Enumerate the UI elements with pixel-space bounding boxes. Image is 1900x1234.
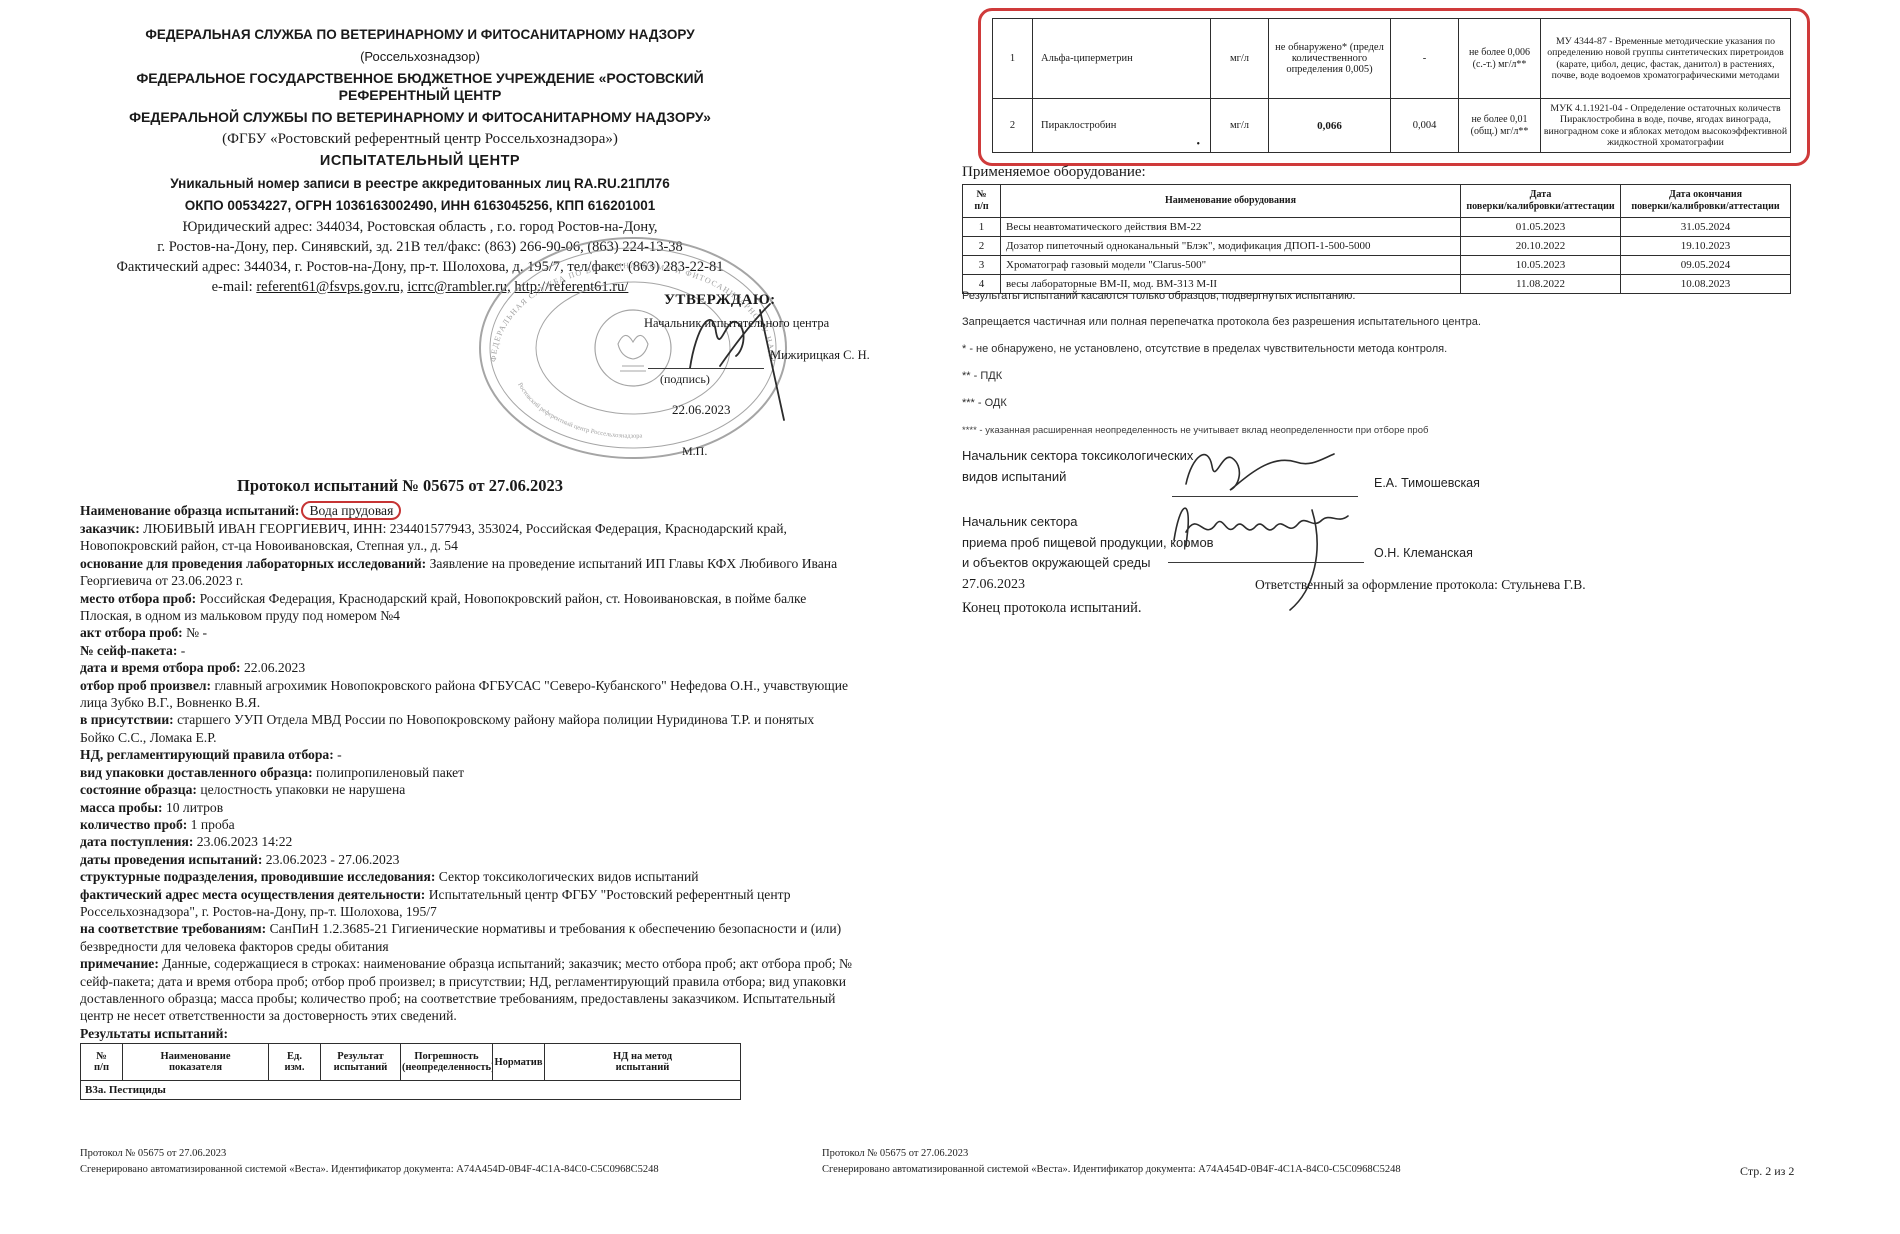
col-result: Результат испытаний — [321, 1044, 401, 1081]
sig1-name: Е.А. Тимошевская — [1374, 476, 1480, 490]
field-customer: заказчик: ЛЮБИВЫЙ ИВАН ГЕОРГИЕВИЧ, ИНН: … — [80, 520, 852, 555]
table-row: 3Хроматограф газовый модели "Clarus-500"… — [963, 256, 1791, 275]
table-row: 1Весы неавтоматического действия ВМ-2201… — [963, 218, 1791, 237]
sig1-position: Начальник сектора токсикологических видо… — [962, 446, 1193, 487]
note-asterisk4: **** - указанная расширенная неопределен… — [962, 425, 1428, 436]
page-number: Стр. 2 из 2 — [1740, 1164, 1794, 1179]
field-sample-name: Наименование образца испытаний:Вода пруд… — [80, 501, 852, 520]
table-row: 1 Альфа-циперметрин мг/л не обнаружено* … — [993, 19, 1791, 99]
org-service-short: (Россельхознадзор) — [88, 48, 752, 65]
note-asterisk3: *** - ОДК — [962, 397, 1007, 409]
svg-text:Ростовский референтный центр Р: Ростовский референтный центр Россельхозн… — [516, 382, 642, 440]
podpis-caption: (подпись) — [660, 372, 710, 387]
field-sample-count: количество проб: 1 проба — [80, 816, 852, 833]
mp-caption: М.П. — [682, 444, 707, 459]
field-sampling-place: место отбора проб: Российская Федерация,… — [80, 590, 852, 625]
dot-mark: • — [1196, 139, 1200, 150]
field-note: примечание: Данные, содержащиеся в строк… — [80, 955, 852, 1025]
field-activity-address: фактический адрес места осуществления де… — [80, 886, 852, 921]
org-codes: ОКПО 00534227, ОГРН 1036163002490, ИНН 6… — [88, 197, 752, 214]
equipment-heading: Применяемое оборудование: — [962, 164, 1146, 181]
col-uncertainty: Погрешность (неопределенность) — [401, 1044, 493, 1081]
section-row-pesticides: В3а. Пестициды — [81, 1081, 741, 1100]
org-short-name: (ФГБУ «Ростовский референтный центр Росс… — [88, 131, 752, 148]
sig2-signature — [1160, 478, 1385, 618]
indicator-name: Альфа-циперметрин — [1033, 19, 1211, 99]
results-table-page1: № п/п Наименование показателя Ед. изм. Р… — [80, 1043, 741, 1100]
org-name-line1: ФЕДЕРАЛЬНОЕ ГОСУДАРСТВЕННОЕ БЮДЖЕТНОЕ УЧ… — [88, 70, 752, 104]
field-departments: структурные подразделения, проводившие и… — [80, 868, 852, 885]
page2-footer-line1: Протокол № 05675 от 27.06.2023 — [822, 1148, 968, 1159]
field-nd-rules: НД, регламентирующий правила отбора: - — [80, 746, 852, 763]
protocol-title: Протокол испытаний № 05675 от 27.06.2023 — [80, 476, 720, 496]
accreditation-number: Уникальный номер записи в реестре аккред… — [88, 175, 752, 192]
signature-line — [648, 368, 764, 369]
equipment-table: № п/п Наименование оборудования Дата пов… — [962, 184, 1791, 294]
col-unit: Ед. изм. — [269, 1044, 321, 1081]
org-name-line2: ФЕДЕРАЛЬНОЙ СЛУЖБЫ ПО ВЕТЕРИНАРНОМУ И ФИ… — [88, 109, 752, 126]
results-table-page2: 1 Альфа-циперметрин мг/л не обнаружено* … — [992, 18, 1791, 153]
col-method: НД на метод испытаний — [545, 1044, 741, 1081]
indicator-name: Пираклостробин• — [1033, 99, 1211, 153]
field-in-presence: в присутствии: старшего УУП Отдела МВД Р… — [80, 711, 852, 746]
field-sampled-by: отбор проб произвел: главный агрохимик Н… — [80, 677, 852, 712]
table-row: 2 Пираклостробин• мг/л 0,066 0,004 не бо… — [993, 99, 1791, 153]
field-sampling-datetime: дата и время отбора проб: 22.06.2023 — [80, 659, 852, 676]
red-highlight-oval: Вода прудовая — [301, 501, 401, 520]
col-norm: Норматив — [493, 1044, 545, 1081]
test-center-label: ИСПЫТАТЕЛЬНЫЙ ЦЕНТР — [88, 153, 752, 170]
end-of-protocol: Конец протокола испытаний. — [962, 600, 1141, 617]
field-safe-package: № сейф-пакета: - — [80, 642, 852, 659]
responsible-person: Ответственный за оформление протокола: С… — [1255, 577, 1586, 593]
org-service-name: ФЕДЕРАЛЬНАЯ СЛУЖБА ПО ВЕТЕРИНАРНОМУ И ФИ… — [88, 26, 752, 43]
stamp-inner-text: Ростовский референтный центр Россельхозн… — [516, 382, 642, 440]
page1-footer-line2: Сгенерировано автоматизированной системо… — [80, 1164, 659, 1175]
note-results-scope: Результаты испытаний касаются только обр… — [962, 290, 1355, 302]
email-label: e-mail: — [212, 279, 253, 295]
document-scan: ФЕДЕРАЛЬНАЯ СЛУЖБА ПО ВЕТЕРИНАРНОМУ И ФИ… — [0, 0, 1900, 1234]
protocol-fields: Наименование образца испытаний:Вода пруд… — [80, 501, 852, 1042]
field-sampling-act: акт отбора проб: № - — [80, 624, 852, 641]
protocol-date: 27.06.2023 — [962, 577, 1025, 593]
note-reprint: Запрещается частичная или полная перепеч… — [962, 316, 1481, 328]
approver-name: Мижирицкая С. Н. — [770, 348, 870, 363]
field-sample-condition: состояние образца: целостность упаковки … — [80, 781, 852, 798]
field-received-date: дата поступления: 23.06.2023 14:22 — [80, 833, 852, 850]
approve-date: 22.06.2023 — [672, 402, 731, 418]
note-asterisk1: * - не обнаружено, не установлено, отсут… — [962, 343, 1447, 355]
col-calibration-end-date: Дата окончания поверки/калибровки/аттест… — [1621, 185, 1791, 218]
col-num: № п/п — [81, 1044, 123, 1081]
field-packaging: вид упаковки доставленного образца: поли… — [80, 764, 852, 781]
field-basis: основание для проведения лабораторных ис… — [80, 555, 852, 590]
stamp-emblem-icon — [618, 335, 648, 359]
email-link-1[interactable]: referent61@fsvps.gov.ru, — [256, 279, 403, 295]
results-heading: Результаты испытаний: — [80, 1025, 852, 1042]
col-num: № п/п — [963, 185, 1001, 218]
sig2-name: О.Н. Клеманская — [1374, 546, 1473, 560]
page1-footer-line1: Протокол № 05675 от 27.06.2023 — [80, 1148, 226, 1159]
field-sample-mass: масса пробы: 10 литров — [80, 799, 852, 816]
note-asterisk2: ** - ПДК — [962, 370, 1002, 382]
col-calibration-date: Дата поверки/калибровки/аттестации — [1461, 185, 1621, 218]
col-indicator: Наименование показателя — [123, 1044, 269, 1081]
field-test-dates: даты проведения испытаний: 23.06.2023 - … — [80, 851, 852, 868]
col-equipment-name: Наименование оборудования — [1001, 185, 1461, 218]
signature-line — [1168, 562, 1364, 563]
table-row: 2Дозатор пипеточный одноканальный "Блэк"… — [963, 237, 1791, 256]
page2-footer-line2: Сгенерировано автоматизированной системо… — [822, 1164, 1401, 1175]
field-compliance: на соответствие требованиям: СанПиН 1.2.… — [80, 920, 852, 955]
